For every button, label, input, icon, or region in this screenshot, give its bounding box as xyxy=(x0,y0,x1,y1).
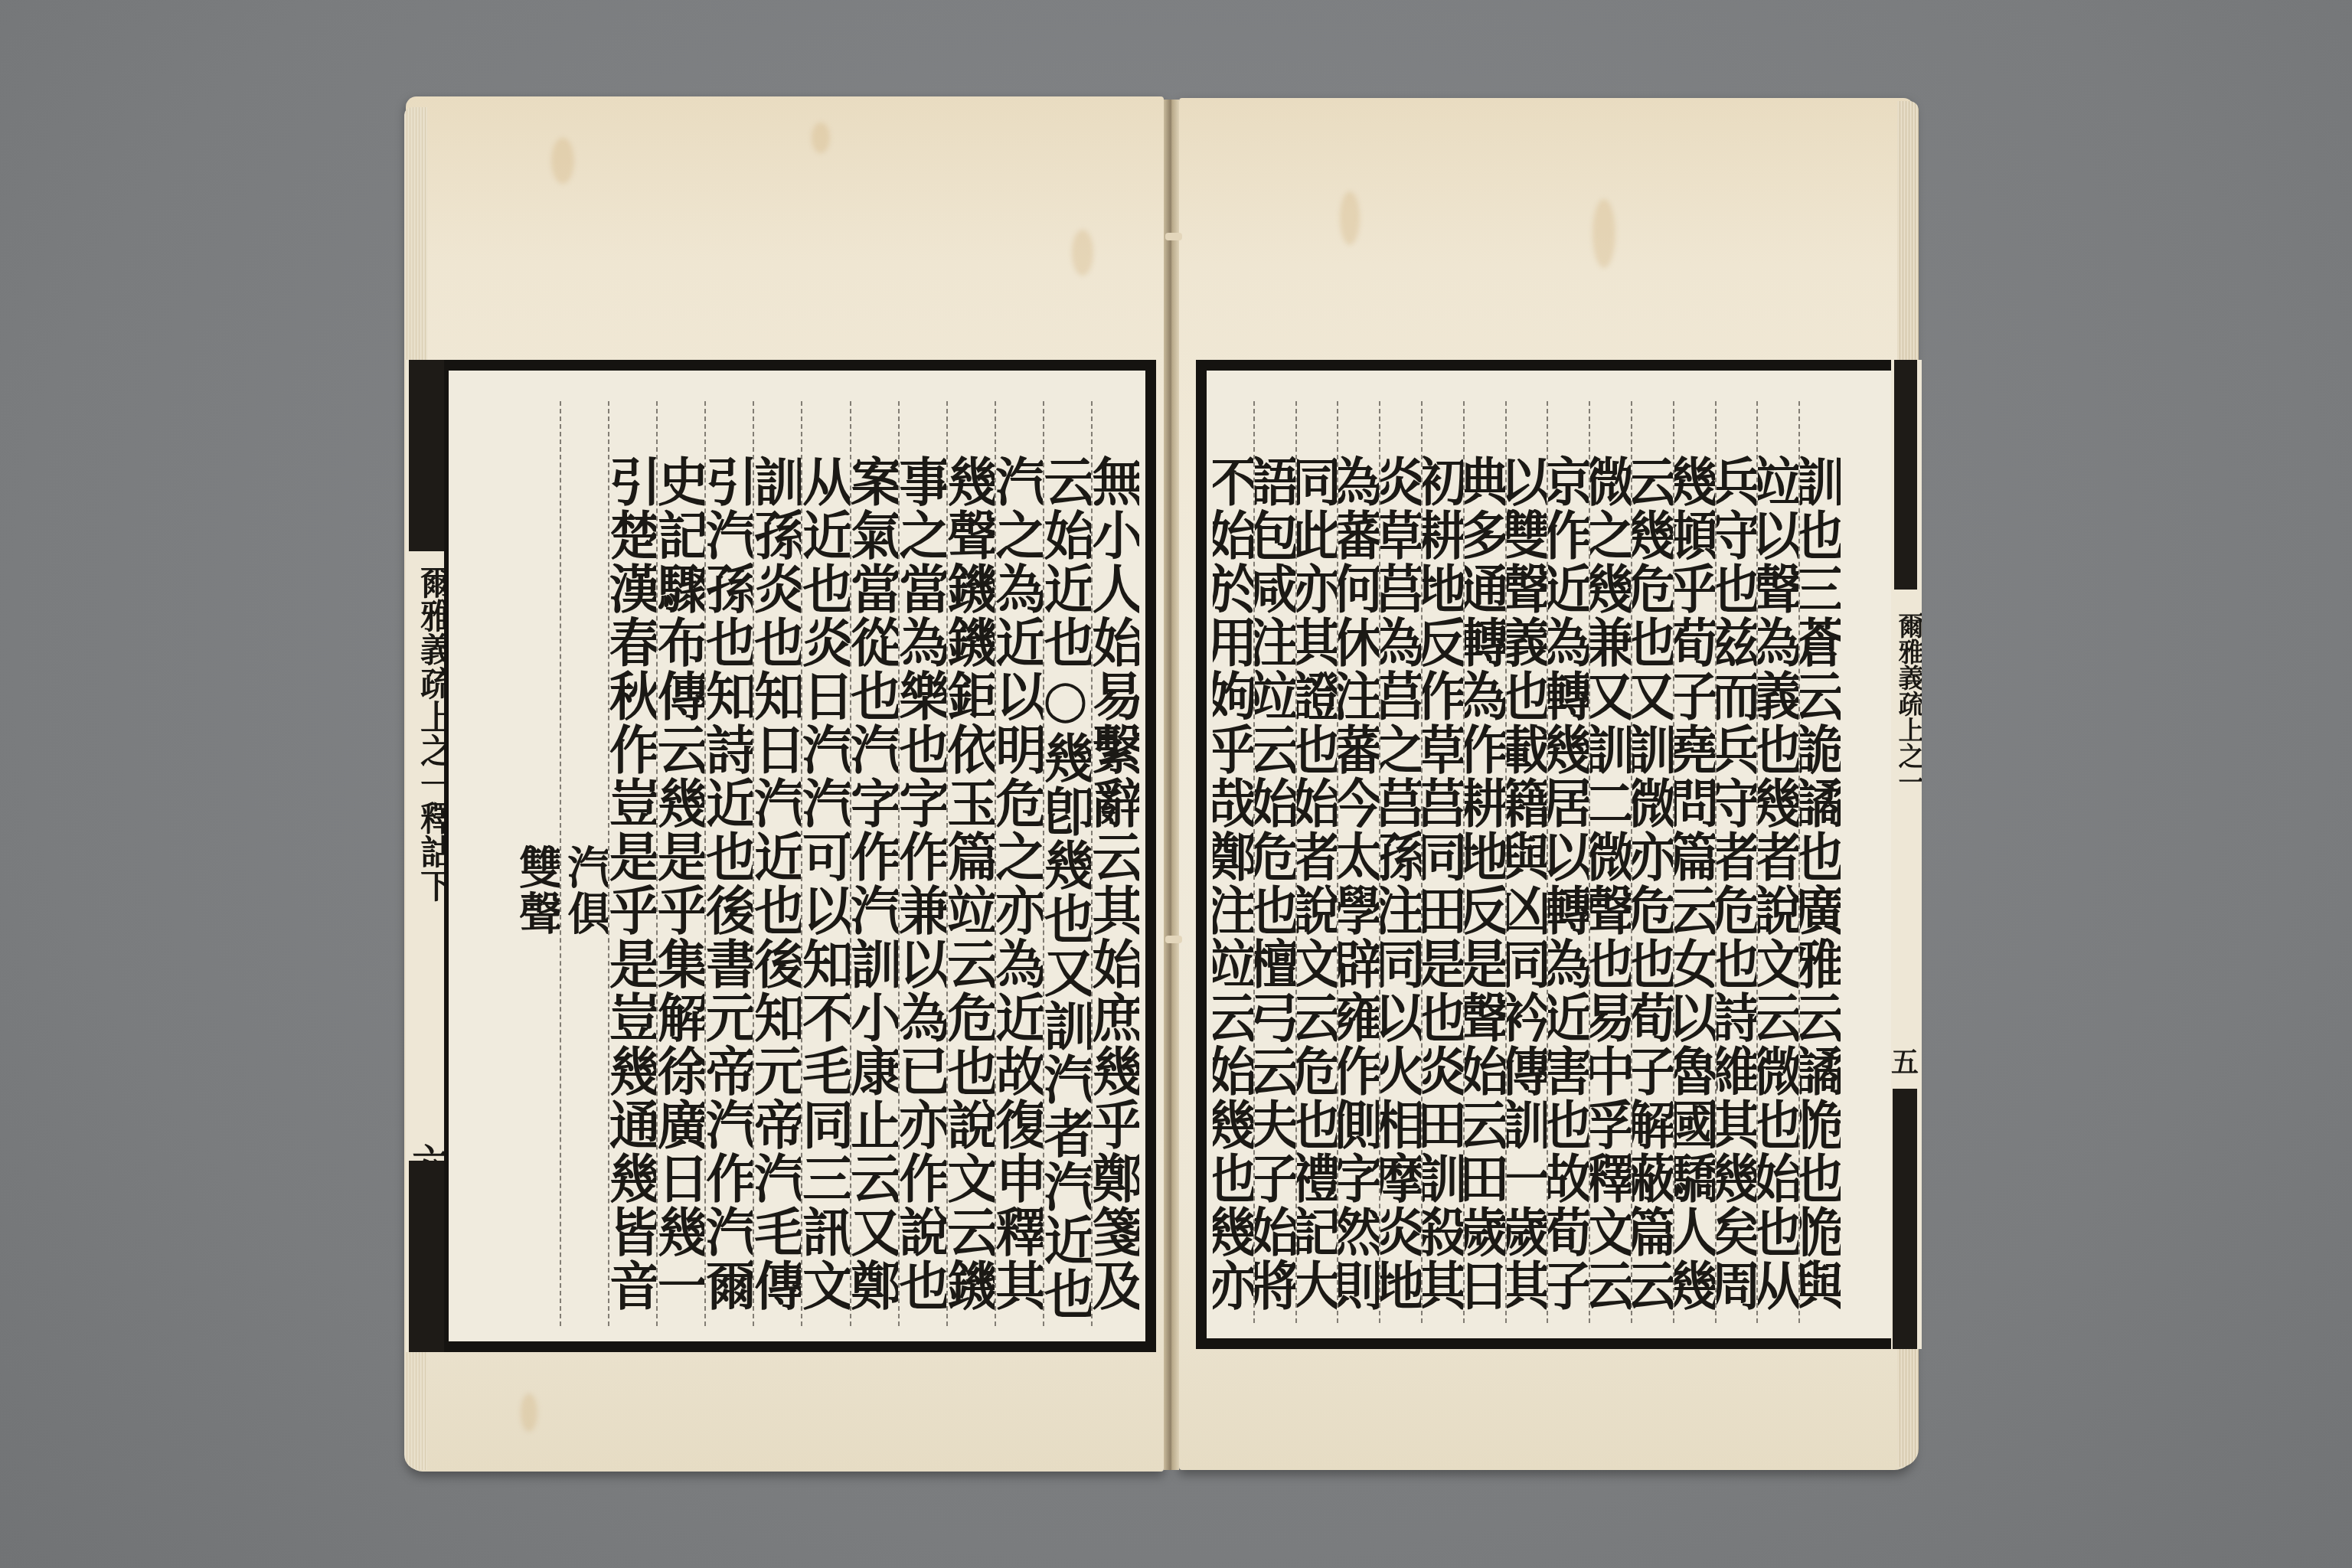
text-column: 以雙聲義也載籍與凶同衿傳訓一歲其義近俱 xyxy=(1505,401,1547,1323)
black-fishtail-top xyxy=(1894,360,1917,590)
text-column: 初耕地反作草莒同田是也炎田訓殺其草木也 xyxy=(1421,401,1463,1323)
binding-thread xyxy=(1165,936,1182,943)
note-text: 雙聲 xyxy=(515,844,560,936)
black-fishtail-bottom xyxy=(1893,1089,1917,1349)
left-columns: 無小人始易繫辭云其始庶幾乎鄭箋及矦果注竝 云始近也○幾卽幾也又訓汽者汽近也爾雅盍… xyxy=(513,401,1139,1326)
text-column: 炎草莒為莒之莒孫注同以火相摩炎地始草莒 xyxy=(1379,401,1421,1323)
text-column: 雙聲 xyxy=(513,401,560,1326)
text-column: 引汽孫也知詩近也後書元帝汽作汽爾危汽於 xyxy=(704,401,753,1326)
centerfold-title: 爾雅義疏上之一 xyxy=(1893,612,1922,934)
text-column: 為蕃何休注蕃今太學辟雍作側字然則蕃側聲義 xyxy=(1337,401,1379,1323)
text-column: 汽之為近以明危之亦為近故復申釋其義也幾从 xyxy=(995,401,1043,1326)
text-column: 京作近為轉幾居以轉為近害也故荀子解注經 xyxy=(1547,401,1589,1323)
right-centerfold: 爾雅義疏上之一 五 xyxy=(1891,360,1922,1349)
text-column: 事之當為樂也字作兼以為已亦作說也鄭則云 xyxy=(898,401,946,1326)
text-column: 兵守也兹而兵守者危也詩維其幾矣周語云而王 xyxy=(1715,401,1757,1323)
folio-number: 五 xyxy=(1891,1041,1919,1080)
text-column: 从近也炎日汽汽可以知不毛同三訊文元字止 xyxy=(801,401,849,1326)
text-column: 史記驟布傳云幾是乎集解徐廣日幾一作豈索隱 xyxy=(656,401,704,1326)
text-column: 汽俱 xyxy=(560,401,608,1326)
text-column: 幾頓乎荀子堯問篇云女以魯國驕人幾矣傳注 xyxy=(1673,401,1715,1323)
binding-thread xyxy=(1165,233,1182,240)
text-column: 訓也三蒼云詭譎也廣雅云譎恑也恑與危譎與 xyxy=(1798,401,1841,1323)
right-text-frame: 訓也三蒼云詭譎也廣雅云譎恑也恑與危譎與 竝以聲為義也幾者說文云微也始也从兹从戍 … xyxy=(1196,360,1899,1349)
book-gutter xyxy=(1164,100,1179,1470)
note-text: 汽俱 xyxy=(563,844,608,936)
left-text-frame: 無小人始易繫辭云其始庶幾乎鄭箋及矦果注竝 云始近也○幾卽幾也又訓汽者汽近也爾雅盍… xyxy=(444,360,1156,1352)
paper-stain xyxy=(1340,191,1360,245)
text-column: 不始於用姁乎哉鄭注竝云始幾也幾亦近也故詩 xyxy=(1213,401,1253,1323)
text-column: 竝以聲為義也幾者說文云微也始也从兹从戍 xyxy=(1756,401,1798,1323)
text-column: 幾聲鐖鐖鉅依玉篇竝云危也說文云鐖鐖也訖 xyxy=(946,401,995,1326)
text-column: 無小人始易繫辭云其始庶幾乎鄭箋及矦果注竝 xyxy=(1091,401,1139,1326)
black-fishtail-top xyxy=(409,360,446,551)
text-column: 引楚漢春秋作豈是乎是豈幾通幾皆音祈也幾近 xyxy=(608,401,656,1326)
text-column: 案氣當從也汽字作汽訓小康止云又鄭則云近 xyxy=(850,401,898,1326)
right-columns: 訓也三蒼云詭譎也廣雅云譎恑也恑與危譎與 竝以聲為義也幾者說文云微也始也从兹从戍 … xyxy=(1213,401,1841,1323)
paper-stain xyxy=(812,122,830,153)
text-column: 云始近也○幾卽幾也又訓汽者汽近也爾雅盍郎 xyxy=(1043,401,1091,1326)
text-column: 典多通轉為作耕地反是聲始云田歲日危然則 xyxy=(1463,401,1505,1323)
text-column: 訓孫炎也知日汽近也後知元帝汽毛傳水汽於 xyxy=(753,401,801,1326)
paper-stain xyxy=(521,1393,537,1432)
paper-stain xyxy=(551,138,574,184)
open-book: 爾雅義疏上之一釋詁下 六 無小人始易繫辭云其始庶幾乎鄭箋及矦果注竝 云始近也○幾… xyxy=(0,0,2352,1568)
text-column: 微之幾兼又訓二微聲也易中孚釋文云經危幾 xyxy=(1589,401,1631,1323)
text-column: 同此亦其證也始者說文云危也禮記大學注及論 xyxy=(1295,401,1338,1323)
text-column: 語包咸注竝云始危也檀弓云夫子始將病也又云 xyxy=(1253,401,1295,1323)
paper-stain xyxy=(1072,230,1093,276)
paper-stain xyxy=(1592,199,1615,268)
text-column: 云幾危也又訓微亦危也荀子解蔽篇云幾文云 xyxy=(1631,401,1673,1323)
